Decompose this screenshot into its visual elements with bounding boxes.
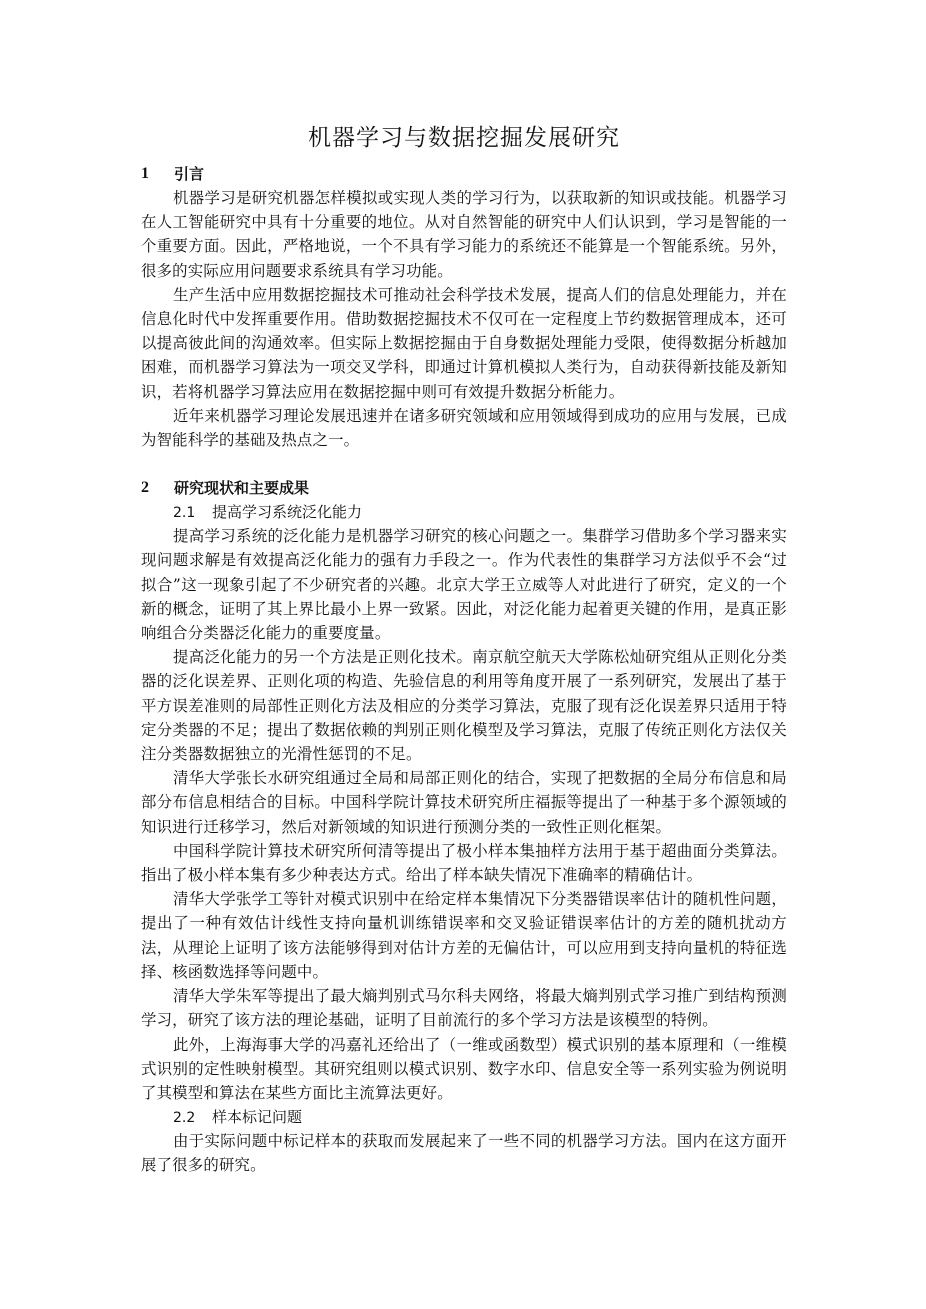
section-heading-research-status: 2 研究现状和主要成果: [141, 476, 787, 500]
paragraph: 清华大学张长水研究组通过全局和局部正则化的结合，实现了把数据的全局分布信息和局部…: [141, 766, 787, 839]
paragraph: 清华大学张学工等针对模式识别中在给定样本集情况下分类器错误率估计的随机性问题，提…: [141, 887, 787, 984]
paragraph: 提高学习系统的泛化能力是机器学习研究的核心问题之一。集群学习借助多个学习器来实现…: [141, 524, 787, 645]
section-heading-introduction: 1 引言: [141, 162, 787, 186]
paragraph: 生产生活中应用数据挖掘技术可推动社会科学技术发展，提高人们的信息处理能力，并在信…: [141, 283, 787, 404]
section-title: 研究现状和主要成果: [174, 476, 309, 500]
paragraph: 近年来机器学习理论发展迅速并在诸多研究领域和应用领域得到成功的应用与发展，已成为…: [141, 404, 787, 452]
paragraph: 此外，上海海事大学的冯嘉礼还给出了（一维或函数型）模式识别的基本原理和（一维模式…: [141, 1033, 787, 1106]
subsection-heading-generalization: 2.1 提高学习系统泛化能力: [141, 500, 787, 524]
section-spacer: [141, 452, 787, 476]
subsection-title: 提高学习系统泛化能力: [212, 503, 362, 521]
subsection-number: 2.2: [173, 1110, 195, 1126]
paragraph: 中国科学院计算技术研究所何清等提出了极小样本集抽样方法用于基于超曲面分类算法。指…: [141, 839, 787, 887]
paragraph: 提高泛化能力的另一个方法是正则化技术。南京航空航天大学陈松灿研究组从正则化分类器…: [141, 645, 787, 766]
subsection-number: 2.1: [173, 505, 195, 521]
document-page: 机器学习与数据挖掘发展研究 1 引言 机器学习是研究机器怎样模拟或实现人类的学习…: [141, 118, 787, 1178]
paragraph: 由于实际问题中标记样本的获取而发展起来了一些不同的机器学习方法。国内在这方面开展…: [141, 1129, 787, 1177]
section-number: 1: [141, 162, 174, 186]
subsection-heading-sample-labeling: 2.2 样本标记问题: [141, 1105, 787, 1129]
document-title: 机器学习与数据挖掘发展研究: [141, 118, 787, 158]
paragraph: 机器学习是研究机器怎样模拟或实现人类的学习行为，以获取新的知识或技能。机器学习在…: [141, 186, 787, 283]
paragraph: 清华大学朱军等提出了最大熵判别式马尔科夫网络，将最大熵判别式学习推广到结构预测学…: [141, 984, 787, 1032]
section-title: 引言: [174, 162, 204, 186]
subsection-title: 样本标记问题: [212, 1108, 302, 1126]
section-number: 2: [141, 476, 174, 500]
